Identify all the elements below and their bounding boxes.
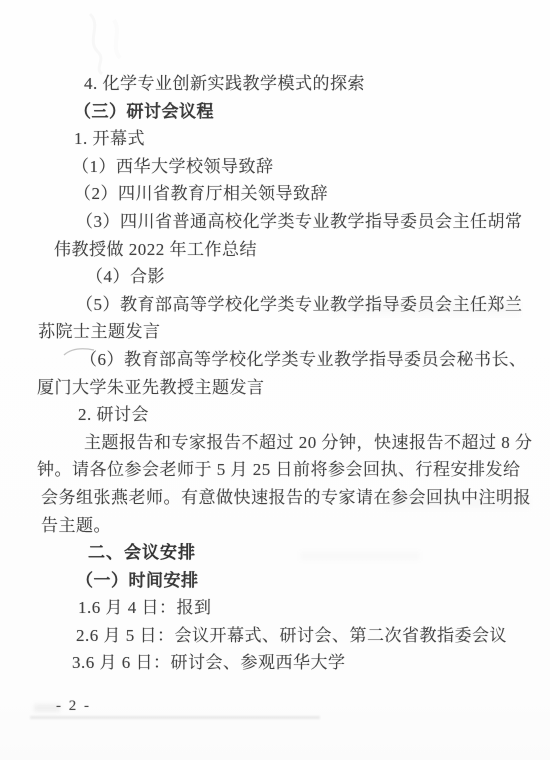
doc-line: 告主题。: [41, 512, 524, 540]
doc-line: 伟教授做 2022 年工作总结: [54, 236, 524, 264]
page-number: - 2 -: [56, 698, 91, 715]
doc-line: 4. 化学专业创新实践教学模式的探索: [54, 70, 524, 98]
doc-line: 1. 开幕式: [44, 125, 524, 153]
doc-line: （6）教育部高等学校化学类专业教学指导委员会秘书长、: [50, 346, 524, 374]
doc-line: （3）四川省普通高校化学类专业教学指导委员会主任胡常: [46, 208, 524, 236]
scan-smudge-footer: [30, 716, 320, 719]
doc-line: （1）西华大学校领导致辞: [42, 153, 524, 181]
scanned-document-page: 4. 化学专业创新实践教学模式的探索 （三）研讨会议程 1. 开幕式 （1）西华…: [0, 0, 550, 760]
doc-line: 厦门大学朱亚先教授主题发言: [37, 374, 524, 402]
doc-line: 主题报告和专家报告不超过 20 分钟，快速报告不超过 8 分: [54, 429, 524, 457]
doc-line: 会务组张燕老师。有意做快速报告的专家请在参会回执中注明报: [41, 484, 524, 512]
doc-line: （5）教育部高等学校化学类专业教学指导委员会主任郑兰: [46, 291, 524, 319]
doc-line: （2）四川省教育厅相关领导致辞: [44, 180, 524, 208]
scan-smudge-top: [72, 6, 152, 78]
doc-line: 钟。请各位参会老师于 5 月 25 日前将参会回执、行程安排发给: [37, 456, 524, 484]
document-body: 4. 化学专业创新实践教学模式的探索 （三）研讨会议程 1. 开幕式 （1）西华…: [44, 70, 524, 677]
doc-line-section-heading: （三）研讨会议程: [44, 98, 524, 126]
doc-line-section-heading: （一）时间安排: [46, 567, 524, 595]
doc-line: 荪院士主题发言: [38, 318, 524, 346]
doc-line: 2. 研讨会: [48, 401, 524, 429]
doc-line: 1.6 月 4 日：报到: [48, 594, 524, 622]
doc-line: 3.6 月 6 日：研讨会、参观西华大学: [42, 649, 524, 677]
doc-line: （4）合影: [56, 263, 524, 291]
doc-line-chapter-heading: 二、会议安排: [58, 539, 524, 567]
doc-line: 2.6 月 5 日：会议开幕式、研讨会、第二次省教指委会议: [46, 622, 524, 650]
